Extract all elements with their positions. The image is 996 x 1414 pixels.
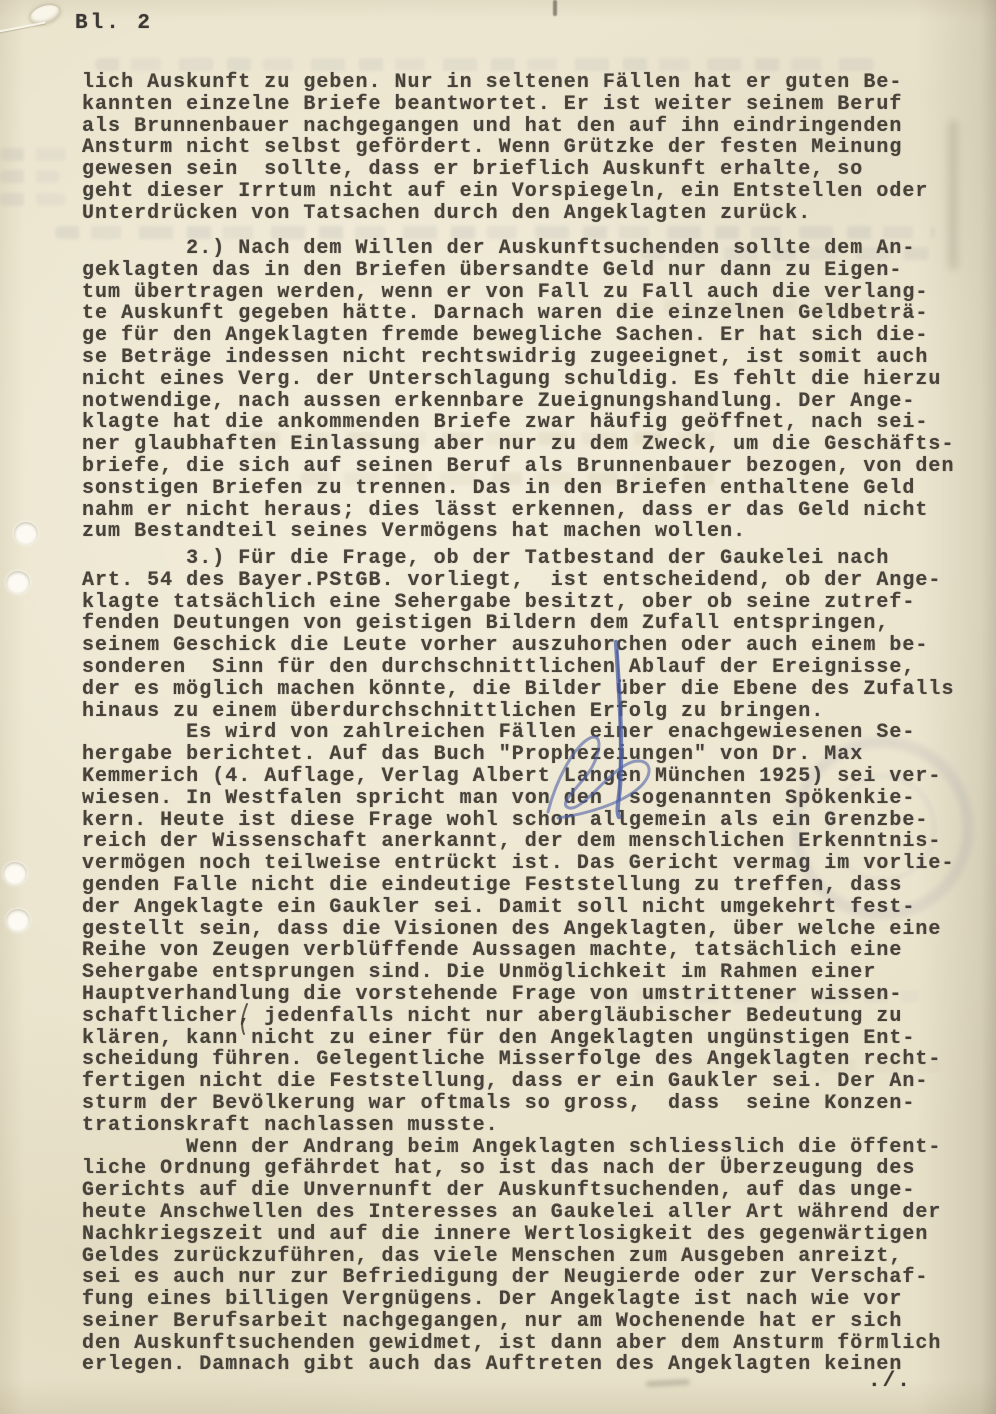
document-line: notwendige, nach aussen erkennbare Zueig… — [82, 391, 954, 413]
document-line: Art. 54 des Bayer.PStGB. vorliegt, ist e… — [82, 570, 954, 592]
document-line: nahm er nicht heraus; dies lässt erkenne… — [82, 500, 954, 522]
document-line: Geldes zurückzuführen, das viele Mensche… — [82, 1246, 954, 1268]
document-line: vermögen noch teilweise entrückt ist. Da… — [82, 853, 954, 875]
document-line: Nachkriegszeit und auf die innere Wertlo… — [82, 1224, 954, 1246]
document-line: gewesen sein sollte, dass er brieflich A… — [82, 159, 928, 181]
document-line: fenden Deutungen von geistigen Bildern d… — [82, 613, 954, 635]
document-line: seiner Berufsarbeit nachgegangen, nur am… — [82, 1311, 954, 1333]
document-line: reich der Wissenschaft anerkannt, der de… — [82, 831, 954, 853]
punch-hole — [6, 571, 30, 594]
document-line: 2.) Nach dem Willen der Auskunftsuchende… — [82, 238, 954, 260]
document-line: 3.) Für die Frage, ob der Tatbestand der… — [82, 548, 954, 570]
document-line: der Angeklagte ein Gaukler sei. Damit so… — [82, 897, 954, 919]
paper-scratch — [0, 21, 46, 32]
document-line: klären, kann nicht zu einer für den Ange… — [82, 1028, 954, 1050]
bleed-through-smudge — [0, 193, 66, 206]
punch-hole — [6, 909, 30, 932]
document-line: fung eines billigen Vergnügens. Der Ange… — [82, 1289, 954, 1311]
document-line: hergabe berichtet. Auf das Buch "Prophez… — [82, 744, 954, 766]
typewritten-court-document-page: Bl. 2 lich Auskunft zu geben. Nur in sel… — [0, 0, 996, 1414]
document-line: trationskraft nachlassen musste. — [82, 1115, 954, 1137]
document-line: zum Bestandteil seines Vermögens hat mac… — [82, 521, 954, 543]
punch-hole — [3, 862, 27, 885]
document-line: den Auskunftsuchenden gewidmet, ist dann… — [82, 1333, 954, 1355]
document-line: liche Ordnung gefährdet hat, so ist das … — [82, 1158, 954, 1180]
bleed-through-smudge — [0, 148, 72, 161]
document-line: als Brunnenbauer nachgegangen und hat de… — [82, 116, 928, 138]
document-line: Gerichts auf die Unvernunft der Auskunft… — [82, 1180, 954, 1202]
sheet-number-label: Bl. 2 — [75, 12, 153, 35]
document-line: klagte hat die ankommenden Briefe zwar h… — [82, 412, 954, 434]
document-line: der es möglich machen könnte, die Bilder… — [82, 679, 954, 701]
punch-hole — [14, 522, 38, 545]
document-line: sonstigen Briefen zu trennen. Das in den… — [82, 478, 954, 500]
document-line: kannten einzelne Briefe beantwortet. Er … — [82, 94, 928, 116]
document-line: sturm der Bevölkerung war oftmals so gro… — [82, 1093, 954, 1115]
document-line: wiesen. In Westfalen spricht man von den… — [82, 788, 954, 810]
document-line: klagte tatsächlich eine Sehergabe besitz… — [82, 592, 954, 614]
document-line: briefe, die sich auf seinen Beruf als Br… — [82, 456, 954, 478]
document-line: schaftlicher, jedenfalls nicht nur aberg… — [82, 1006, 954, 1028]
document-line: kern. Heute ist diese Frage wohl schon a… — [82, 810, 954, 832]
document-line: sei es auch nur zur Befriedigung der Neu… — [82, 1267, 954, 1289]
document-line: Unterdrücken von Tatsachen durch den Ang… — [82, 203, 928, 225]
document-line: heute Anschwellen des Interesses an Gauk… — [82, 1202, 954, 1224]
document-line: sonderen Sinn für den durchschnittlichen… — [82, 657, 954, 679]
edge-ink-nick — [553, 0, 557, 16]
document-line: Kemmerich (4. Auflage, Verlag Albert Lan… — [82, 766, 954, 788]
bleed-through-smudge — [95, 58, 875, 71]
document-line: Reihe von Zeugen verblüffende Aussagen m… — [82, 940, 954, 962]
paragraph-block-point-2: 2.) Nach dem Willen der Auskunftsuchende… — [82, 238, 954, 543]
document-line: fertigen nicht die Feststellung, dass er… — [82, 1071, 954, 1093]
continuation-mark: ./. — [868, 1370, 912, 1393]
document-line: tum übertragen werden, wenn er von Fall … — [82, 282, 954, 304]
paragraph-block-point-3: 3.) Für die Frage, ob der Tatbestand der… — [82, 548, 954, 1376]
document-line: Hauptverhandlung die vorstehende Frage v… — [82, 984, 954, 1006]
document-line: lich Auskunft zu geben. Nur in seltenen … — [82, 72, 928, 94]
document-line: se Beträge indessen nicht rechtswidrig z… — [82, 347, 954, 369]
document-line: Es wird von zahlreichen Fällen einer ena… — [82, 722, 954, 744]
document-line: erlegen. Damnach gibt auch das Auftreten… — [82, 1354, 954, 1376]
paragraph-block-continuation: lich Auskunft zu geben. Nur in seltenen … — [82, 72, 928, 225]
document-line: scheidung führen. Gelegentliche Misserfo… — [82, 1049, 954, 1071]
document-line: gestellt sein, dass die Visionen des Ang… — [82, 919, 954, 941]
bleed-through-smudge — [0, 170, 60, 183]
document-line: geklagten das in den Briefen übersandte … — [82, 260, 954, 282]
document-line: genden Falle nicht die eindeutige Festst… — [82, 875, 954, 897]
pencil-smudge — [646, 1379, 690, 1387]
document-line: ner glaubhaften Einlassung aber nur zu d… — [82, 434, 954, 456]
document-line: nicht eines Verg. der Unterschlagung sch… — [82, 369, 954, 391]
document-line: ge für den Angeklagten fremde bewegliche… — [82, 325, 954, 347]
document-line: geht dieser Irrtum nicht auf ein Vorspie… — [82, 181, 928, 203]
document-line: Ansturm nicht selbst gefördert. Wenn Grü… — [82, 137, 928, 159]
document-line: seinem Geschick die Leute vorher auszuho… — [82, 635, 954, 657]
document-line: Sehergabe entsprungen sind. Die Unmöglic… — [82, 962, 954, 984]
document-line: Wenn der Andrang beim Angeklagten schlie… — [82, 1137, 954, 1159]
document-line: te Auskunft gegeben hätte. Darnach waren… — [82, 303, 954, 325]
document-line: hinaus zu einem überdurchschnittlichen E… — [82, 701, 954, 723]
